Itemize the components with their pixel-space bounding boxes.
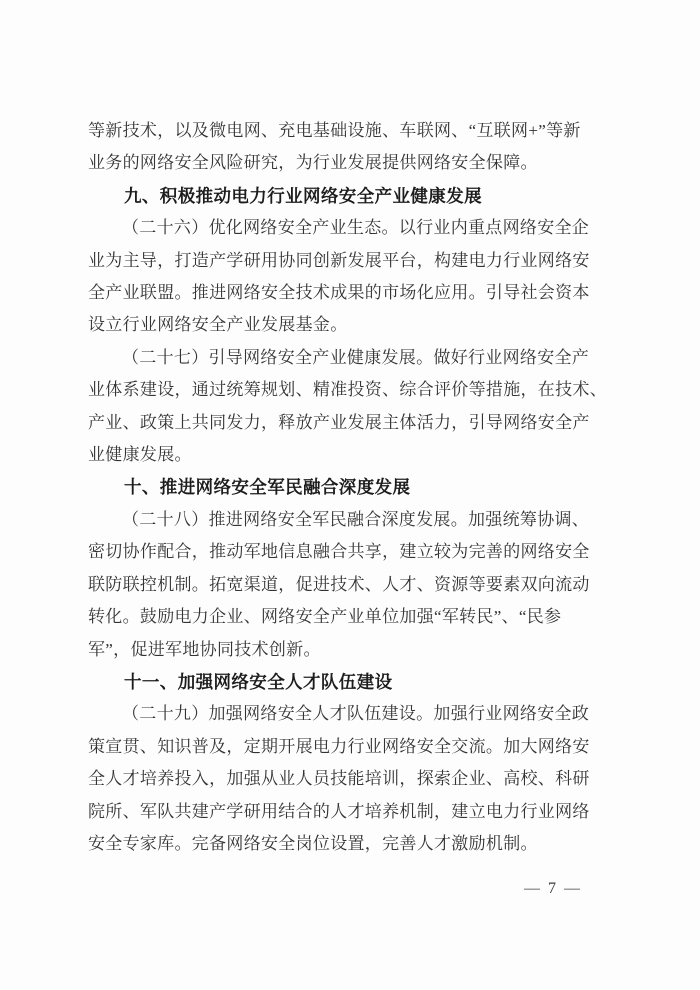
paragraph: 等新技术，以及微电网、充电基础设施、车联网、“互联网+”等新 业务的网络安全风险… xyxy=(88,115,614,180)
section-heading-9: 九、积极推动电力行业网络安全产业健康发展 xyxy=(88,180,614,212)
paragraph-line: 业为主导，打造产学研用协同创新发展平台，构建电力行业网络安 xyxy=(88,245,614,277)
section-heading-11: 十一、加强网络安全人才队伍建设 xyxy=(88,666,614,698)
paragraph-line: 等新技术，以及微电网、充电基础设施、车联网、“互联网+”等新 xyxy=(88,115,614,147)
paragraph-line: 全人才培养投入，加强从业人员技能培训，探索企业、高校、科研 xyxy=(88,763,614,795)
paragraph: （二十七）引导网络安全产业健康发展。做好行业网络安全产 业体系建设，通过统筹规划… xyxy=(88,342,614,472)
paragraph-line: 业健康发展。 xyxy=(88,439,614,471)
paragraph-line: 设立行业网络安全产业发展基金。 xyxy=(88,309,614,341)
paragraph-line: 安全专家库。完备网络安全岗位设置，完善人才激励机制。 xyxy=(88,828,614,860)
paragraph-line: 院所、军队共建产学研用结合的人才培养机制，建立电力行业网络 xyxy=(88,796,614,828)
paragraph-line: （二十六）优化网络安全产业生态。以行业内重点网络安全企 xyxy=(88,212,614,244)
paragraph: （二十九）加强网络安全人才队伍建设。加强行业网络安全政 策宣贯、知识普及，定期开… xyxy=(88,698,614,860)
paragraph-line: 全产业联盟。推进网络安全技术成果的市场化应用。引导社会资本 xyxy=(88,277,614,309)
paragraph-line: （二十九）加强网络安全人才队伍建设。加强行业网络安全政 xyxy=(88,698,614,730)
paragraph-line: 策宣贯、知识普及，定期开展电力行业网络安全交流。加大网络安 xyxy=(88,731,614,763)
paragraph-line: 业务的网络安全风险研究，为行业发展提供网络安全保障。 xyxy=(88,147,614,179)
page-footer: — 7 — xyxy=(0,880,700,898)
paragraph: （二十八）推进网络安全军民融合深度发展。加强统筹协调、 密切协作配合，推动军地信… xyxy=(88,504,614,666)
paragraph-line: 密切协作配合，推动军地信息融合共享，建立较为完善的网络安全 xyxy=(88,536,614,568)
document-page: 等新技术，以及微电网、充电基础设施、车联网、“互联网+”等新 业务的网络安全风险… xyxy=(0,0,700,990)
page-number: — 7 — xyxy=(524,880,582,897)
paragraph-line: （二十八）推进网络安全军民融合深度发展。加强统筹协调、 xyxy=(88,504,614,536)
document-content: 等新技术，以及微电网、充电基础设施、车联网、“互联网+”等新 业务的网络安全风险… xyxy=(88,115,614,860)
section-heading-10: 十、推进网络安全军民融合深度发展 xyxy=(88,471,614,503)
paragraph: （二十六）优化网络安全产业生态。以行业内重点网络安全企 业为主导，打造产学研用协… xyxy=(88,212,614,342)
paragraph-line: 转化。鼓励电力企业、网络安全产业单位加强“军转民”、“民参 xyxy=(88,601,614,633)
paragraph-line: 联防联控机制。拓宽渠道，促进技术、人才、资源等要素双向流动 xyxy=(88,569,614,601)
paragraph-line: （二十七）引导网络安全产业健康发展。做好行业网络安全产 xyxy=(88,342,614,374)
paragraph-line: 产业、政策上共同发力，释放产业发展主体活力，引导网络安全产 xyxy=(88,407,614,439)
paragraph-line: 军”，促进军地协同技术创新。 xyxy=(88,634,614,666)
paragraph-line: 业体系建设，通过统筹规划、精准投资、综合评价等措施，在技术、 xyxy=(88,374,614,406)
